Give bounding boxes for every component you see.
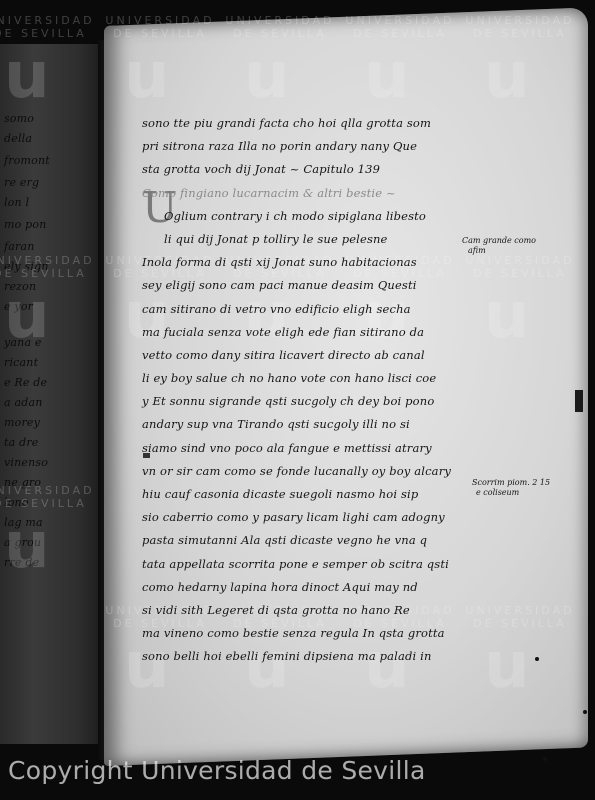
rubric-line: Como fingiano lucarnacim & altri bestie … [142, 182, 462, 205]
text-line: pasta simutanni Ala qsti dicaste vegno h… [142, 529, 462, 552]
left-page-fragment: re erg [4, 176, 39, 189]
marginal-note: Scorrim piom. 2 15 e coliseum [472, 478, 550, 498]
text-line: si vidi sith Legeret di qsta grotta no h… [142, 599, 462, 622]
text-line: vn or sir cam como se fonde lucanally oy… [142, 460, 462, 483]
text-line: vetto como dany sitira licavert directo … [142, 344, 462, 367]
text-line: li qui dij Jonat p tolliry le sue pelesn… [142, 228, 462, 251]
left-page-fragment: lon l [4, 196, 29, 209]
paragraph-marker [143, 453, 150, 458]
left-page-fragment: ricant [4, 356, 38, 369]
text-line: y Et sonnu sigrande qsti sucgoly ch dey … [142, 390, 462, 413]
text-line: pri sitrona raza Illa no porin andary na… [142, 135, 462, 158]
left-page-fragment: lono [4, 496, 29, 509]
text-line: ma fuciala senza vote eligh ede fian sit… [142, 321, 462, 344]
left-page-fragment: a grou [4, 536, 41, 549]
left-page-fragment: somo [4, 112, 34, 125]
left-page-fragment: e yor [4, 300, 33, 313]
text-line: tata appellata scorrita pone e semper ob… [142, 553, 462, 576]
left-page-fragment: ne gro [4, 476, 41, 489]
text-line: sta grotta voch dij Jonat ~ Capitulo 139 [142, 158, 462, 181]
left-page-fragment: ta dre [4, 436, 39, 449]
text-line: Oglium contrary i ch modo sipiglana libe… [142, 205, 462, 228]
left-page-fragment: faran [4, 240, 35, 253]
left-page-fragment: della [4, 132, 32, 145]
text-line: hiu cauf casonia dicaste suegoli nasmo h… [142, 483, 462, 506]
text-line: sono tte piu grandi facta cho hoi qlla g… [142, 112, 462, 135]
left-page-fragment: a adan [4, 396, 43, 409]
ink-spot [583, 710, 587, 714]
text-line: sio caberrio como y pasary licam lighi c… [142, 506, 462, 529]
text-line: andary sup vna Tirando qsti sucgoly illi… [142, 413, 462, 436]
left-page-fragment: fromont [4, 154, 50, 167]
text-line: cam sitirano di vetro vno edificio eligh… [142, 298, 462, 321]
left-page-fragment: lag ma [4, 516, 43, 529]
left-facing-page: somo della fromont re erg lon l mo pon f… [0, 44, 112, 744]
text-line: Inola forma di qsti xij Jonat suno habit… [142, 251, 462, 274]
text-line: sono belli hoi ebelli femini dipsiena ma… [142, 645, 462, 668]
left-page-fragment: yana e [4, 336, 42, 349]
left-page-fragment: rezon [4, 280, 36, 293]
page-tab-mark [575, 390, 583, 412]
text-line: ma vineno como bestie senza regula In qs… [142, 622, 462, 645]
left-page-fragment: vinenso [4, 456, 48, 469]
manuscript-text-block: sono tte piu grandi facta cho hoi qlla g… [142, 112, 462, 669]
ink-spot [543, 757, 547, 761]
left-page-fragment: ely sign [4, 260, 49, 273]
text-line: como hedarny lapina hora dinoct Aqui may… [142, 576, 462, 599]
left-page-fragment: mo pon [4, 218, 47, 231]
text-line: siamo sind vno poco ala fangue e mettiss… [142, 437, 462, 460]
left-page-fragment: morey [4, 416, 40, 429]
copyright-notice: Copyright Universidad de Sevilla [8, 756, 426, 785]
text-line: sey eligij sono cam paci manue deasim Qu… [142, 274, 462, 297]
left-page-fragment: rre de [4, 556, 39, 569]
text-line: li ey boy salue ch no hano vote con hano… [142, 367, 462, 390]
manuscript-scan: somo della fromont re erg lon l mo pon f… [0, 0, 595, 800]
ink-spot [535, 657, 539, 661]
left-page-fragment: e Re de [4, 376, 47, 389]
marginal-note: Cam grande como afim [462, 236, 536, 256]
